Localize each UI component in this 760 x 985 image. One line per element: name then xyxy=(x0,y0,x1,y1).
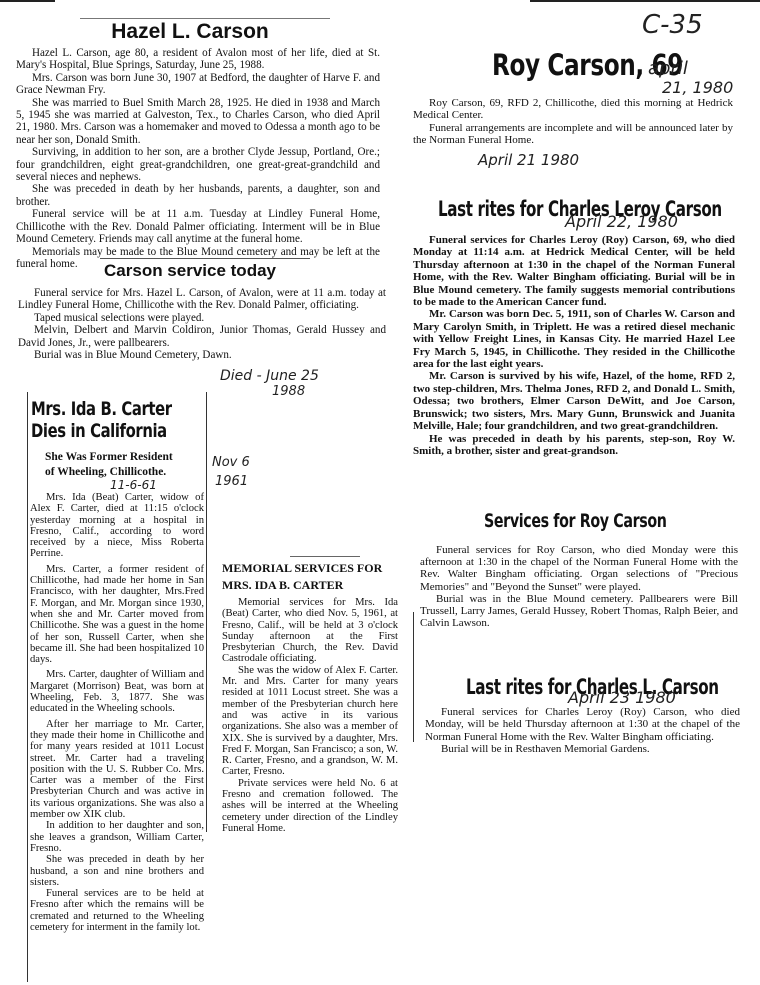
handwritten-note: Nov 6 xyxy=(212,455,250,470)
handwritten-date: 21, 1980 xyxy=(662,78,733,97)
divider xyxy=(100,258,310,259)
article-hazel-obituary: Hazel L. Carson, age 80, a resident of A… xyxy=(16,47,380,270)
paragraph: Funeral services for Roy Carson, who die… xyxy=(420,544,738,593)
handwritten-date: April 22, 1980 xyxy=(565,212,678,231)
subhead-ida-carter: She Was Former Resident of Wheeling, Chi… xyxy=(45,450,173,480)
headline-line: MEMORIAL SERVICES FOR xyxy=(222,560,382,577)
paragraph: After her marriage to Mr. Carter, they m… xyxy=(30,719,204,821)
article-charles-last-rites: Funeral services for Charles Leroy (Roy)… xyxy=(425,706,740,755)
headline-line: MRS. IDA B. CARTER xyxy=(222,577,382,594)
paragraph: Burial will be in Resthaven Memorial Gar… xyxy=(425,743,740,755)
headline-ida-memorial: MEMORIAL SERVICES FOR MRS. IDA B. CARTER xyxy=(222,560,382,594)
paragraph: In addition to her daughter and son, she… xyxy=(30,820,204,854)
paragraph: Funeral arrangements are incomplete and … xyxy=(413,122,733,147)
headline-carson-service: Carson service today xyxy=(0,261,380,281)
paragraph: She was preceded in death by her husband… xyxy=(16,183,380,208)
paragraph: Burial was in the Blue Mound cemetery. P… xyxy=(420,593,738,630)
headline-hazel: Hazel L. Carson xyxy=(0,20,380,44)
article-ida-obituary: Mrs. Ida (Beat) Carter, widow of Alex F.… xyxy=(30,492,204,933)
paragraph: Mrs. Ida (Beat) Carter, widow of Alex F.… xyxy=(30,492,204,560)
paragraph: Mr. Carson is survived by his wife, Haze… xyxy=(413,370,735,432)
handwritten-date: April 23 1980 xyxy=(568,688,676,707)
article-roy-services: Funeral services for Roy Carson, who die… xyxy=(420,544,738,629)
paragraph: Mrs. Carter, daughter of William and Mar… xyxy=(30,669,204,714)
paragraph: Mrs. Carter, a former resident of Chilli… xyxy=(30,564,204,666)
subhead-line: She Was Former Resident xyxy=(45,450,173,465)
paragraph: Roy Carson, 69, RFD 2, Chillicothe, died… xyxy=(413,97,733,122)
scan-edge-line xyxy=(530,0,760,2)
paragraph: Funeral services for Charles Leroy (Roy)… xyxy=(425,706,740,743)
scan-edge-line xyxy=(0,0,55,2)
paragraph: Surviving, in addition to her son, are a… xyxy=(16,146,380,183)
paragraph: She was the widow of Alex F. Carter. Mr.… xyxy=(222,665,398,778)
handwritten-date: april xyxy=(648,58,688,79)
article-ida-memorial: Memorial services for Mrs. Ida (Beat) Ca… xyxy=(222,597,398,834)
headline-services-roy-carson: Services for Roy Carson xyxy=(484,510,667,532)
article-roy-notice: Roy Carson, 69, RFD 2, Chillicothe, died… xyxy=(413,97,733,146)
paragraph: Taped musical selections were played. xyxy=(18,312,386,324)
paragraph: She was married to Buel Smith March 28, … xyxy=(16,97,380,147)
paragraph: Burial was in Blue Mound Cemetery, Dawn. xyxy=(18,349,386,361)
paragraph: He was preceded in death by his parents,… xyxy=(413,433,735,458)
paragraph: Mrs. Carson was born June 30, 1907 at Be… xyxy=(16,72,380,97)
paragraph: She was preceded in death by her husband… xyxy=(30,854,204,888)
column-rule xyxy=(27,392,28,982)
paragraph: Funeral service for Mrs. Hazel L. Carson… xyxy=(18,287,386,312)
paragraph: Funeral service will be at 11 a.m. Tuesd… xyxy=(16,208,380,245)
article-roy-last-rites: Funeral services for Charles Leroy (Roy)… xyxy=(413,234,735,457)
paragraph: Funeral services for Charles Leroy (Roy)… xyxy=(413,234,735,308)
headline-line: Mrs. Ida B. Carter xyxy=(31,398,172,420)
headline-line: Dies in California xyxy=(31,420,172,442)
paragraph: Funeral services are to be held at Fresn… xyxy=(30,888,204,933)
handwritten-note: 1988 xyxy=(272,384,305,399)
article-carson-service: Funeral service for Mrs. Hazel L. Carson… xyxy=(18,287,386,361)
divider xyxy=(80,18,330,19)
handwritten-note: Died - June 25 xyxy=(220,368,319,384)
paragraph: Melvin, Delbert and Marvin Coldiron, Jun… xyxy=(18,324,386,349)
page-label: C-35 xyxy=(642,10,703,40)
column-rule xyxy=(413,672,414,712)
handwritten-note: 1961 xyxy=(215,474,248,489)
paragraph: Memorial services for Mrs. Ida (Beat) Ca… xyxy=(222,597,398,665)
handwritten-note: April 21 1980 xyxy=(478,151,579,169)
paragraph: Private services were held No. 6 at Fres… xyxy=(222,778,398,834)
paragraph: Mr. Carson was born Dec. 5, 1911, son of… xyxy=(413,308,735,370)
divider xyxy=(290,556,360,557)
handwritten-date: 11-6-61 xyxy=(110,478,157,492)
headline-ida-carter: Mrs. Ida B. Carter Dies in California xyxy=(31,398,172,442)
paragraph: Hazel L. Carson, age 80, a resident of A… xyxy=(16,47,380,72)
column-rule xyxy=(206,392,207,832)
